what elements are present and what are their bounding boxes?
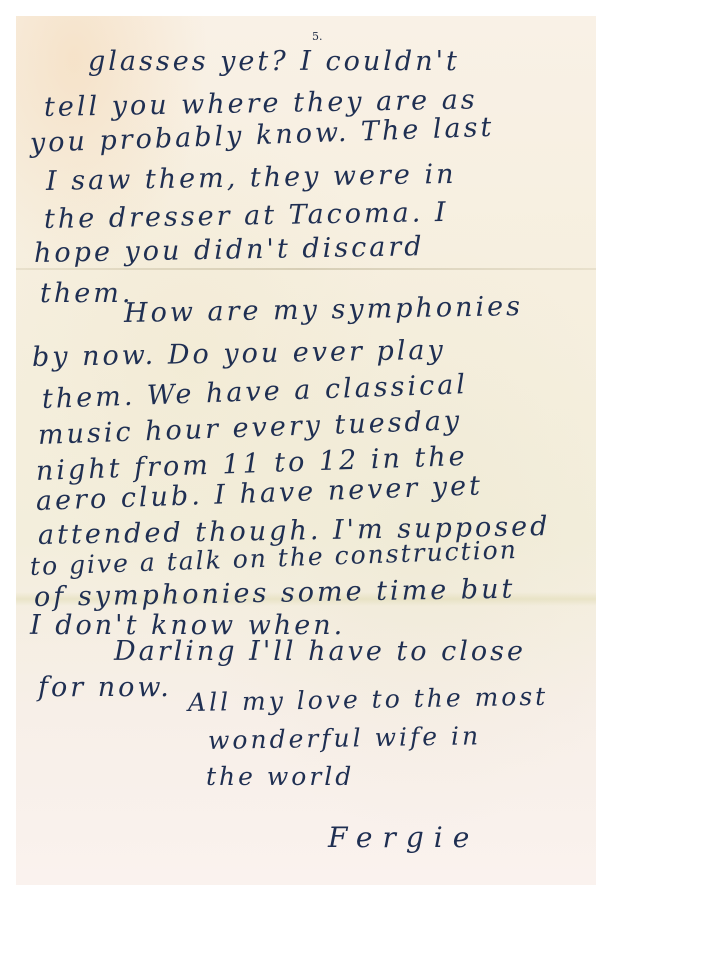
body-line: hope you didn't discard — [34, 231, 425, 269]
signature: Fergie — [328, 821, 479, 854]
closing-line: All my love to the most — [188, 682, 549, 717]
fold-crease — [16, 268, 596, 270]
body-line: them. — [40, 278, 133, 309]
body-line: How are my symphonies — [124, 291, 523, 329]
closing-line: the world — [206, 762, 354, 791]
body-line: of symphonies some time but — [34, 574, 516, 613]
page-number: 5. — [312, 30, 323, 43]
body-line: the dresser at Tacoma. I — [44, 197, 449, 235]
closing-line: wonderful wife in — [208, 721, 482, 755]
body-line: Darling I'll have to close — [114, 636, 526, 667]
letter-page: 5. glasses yet? I couldn't tell you wher… — [16, 16, 596, 885]
body-line: I saw them, they were in — [46, 159, 457, 197]
body-line: by now. Do you ever play — [32, 335, 446, 373]
body-line: for now. — [38, 672, 172, 703]
body-line: glasses yet? I couldn't — [88, 46, 460, 77]
